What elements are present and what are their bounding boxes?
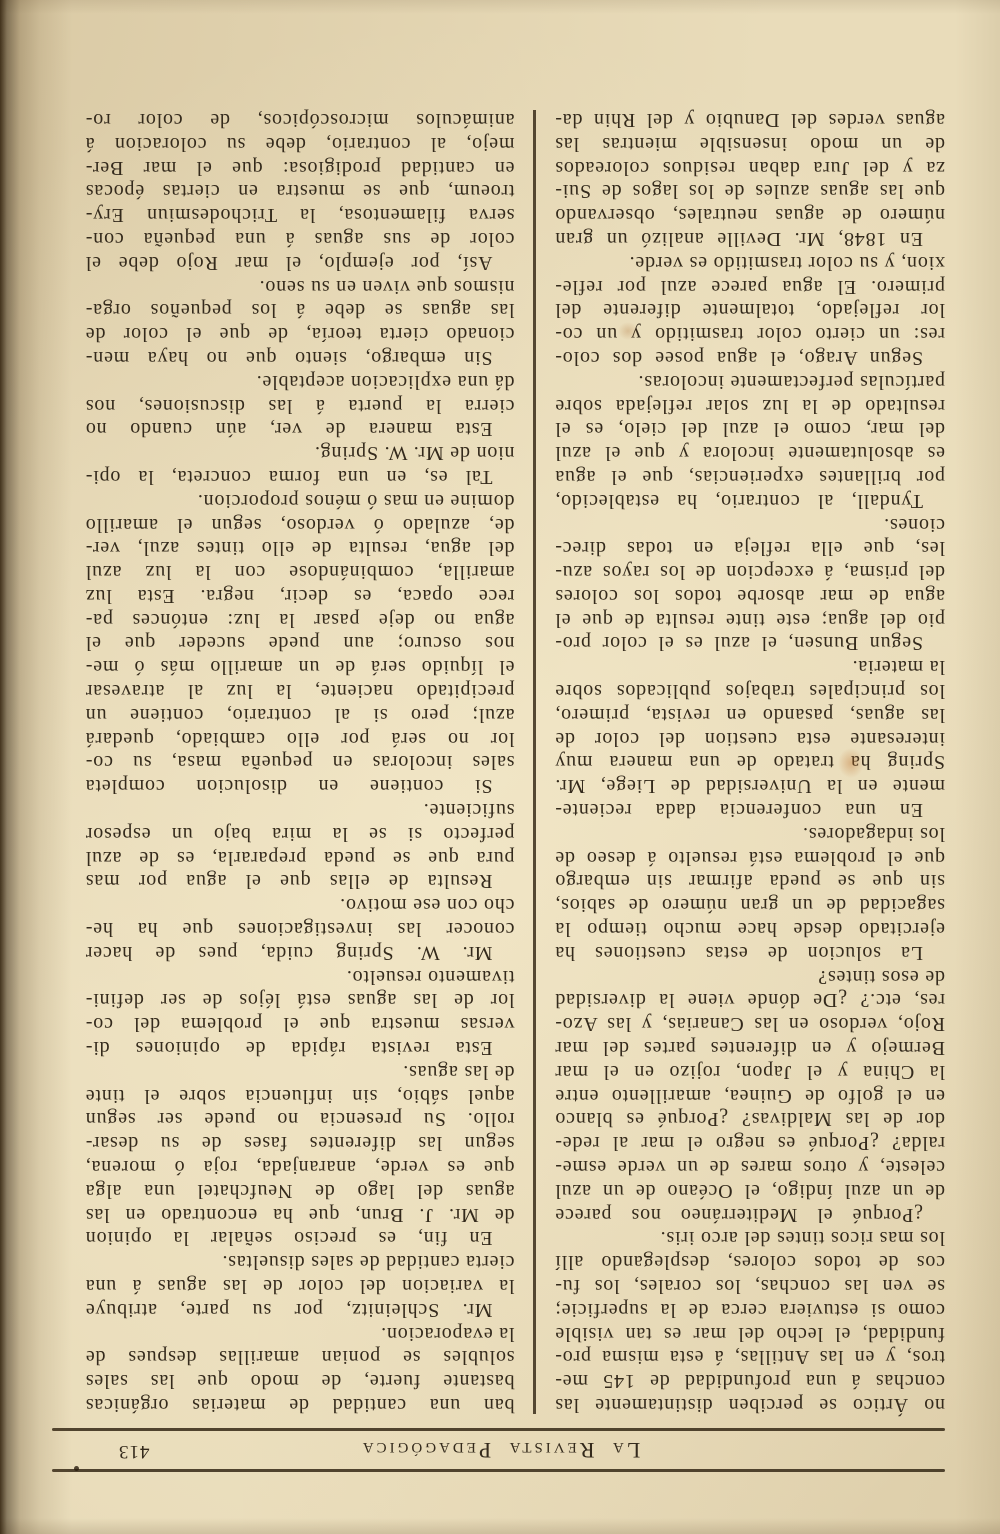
text-line: de las aguas. [85,1059,515,1083]
text-line: precipitado naciente, la luz al atravesa… [85,678,515,702]
text-line: que las aguas azules de los lagos de Sui… [555,179,945,203]
text-line: cionado cierta teoría, de que el color d… [85,321,515,345]
text-line: la materia. [555,655,945,679]
text-line: cierra la puerta á las discusiones, nos [85,393,515,417]
text-line: ¿Porqué el Mediterráneo nos parece [555,1202,945,1226]
text-line: aquel sábio, sin influencia sobre el tin… [85,1083,515,1107]
paragraph: ¿Porqué el Mediterráneo nos parecede un … [555,964,945,1226]
paragraph: Tal es, en una forma concreta, la opi-ni… [85,440,515,488]
text-line: agua no deje pasar la luz: entónces pa- [85,607,515,631]
paragraph: En 1848, Mr. Deville analizó un grannúme… [555,107,945,250]
text-line: de un modo insensible mientras las [555,131,945,155]
text-line: de, azulado ó verdoso, segun el amarillo [85,512,515,536]
text-line: es absolutamente incolora y que el azul [555,440,945,464]
text-line: del prisma, á excepcion de los rayos azu… [555,559,945,583]
text-line: fundidad, el lecho del mar es tan visibl… [555,1321,945,1345]
text-line: que es verde, anaranjada, roja ó morena, [85,1154,515,1178]
text-line: Si contiene en disolucion completa [85,773,515,797]
text-line: interesante esta cuestion del color de [555,726,945,750]
text-line: Tal es, en una forma concreta, la opi- [85,464,515,488]
page-number: 413 [118,1440,150,1462]
text-line: número de aguas neutrales, observando [555,202,945,226]
text-line: pura que se pueda prepararla, es de azul [85,845,515,869]
text-line: sin que se pueda afirmar sin embargo [555,869,945,893]
text-line: tros, y en las Antillas, á esta misma pr… [555,1345,945,1369]
header-rule-top [52,1469,945,1472]
column-divider-rule [534,110,537,1414]
text-line: ciones. [555,512,945,536]
text-line: versas muestra que el problema del co- [85,1011,515,1035]
paragraph: Segun Bunsen, el azul es el color pro-pi… [555,512,945,655]
text-line: las aguas, pasando en revista, primero, [555,702,945,726]
text-line: sagacidad de un gran número de sabios, [555,892,945,916]
text-line: En fin, es preciso señalar la opinion [85,1226,515,1250]
text-line: ban una cantidad de materias orgánicas [85,1392,515,1416]
text-line: sales incoloras en pequeña masa, su co- [85,750,515,774]
text-line: res: un cierto color trasmitido y un co- [555,321,945,345]
text-line: no Ártico se perciben distintamente las [555,1392,945,1416]
text-line: dá una explicacion aceptable. [85,369,515,393]
text-line: serva filamentosa, la Trichodesmiun Ery- [85,202,515,226]
printed-area: La Revista Pedagógica 413 no Ártico se p… [0,106,1000,1534]
paragraph: La solucion de estas cuestiones haejerci… [555,821,945,964]
paragraph: Tyndall, al contrario, ha establecido,po… [555,369,945,512]
text-line: nismos que viven en su seno. [85,274,515,298]
text-line: los principales trabajos publicados sobr… [555,678,945,702]
text-line: del mar, como el azul del cielo, es el [555,417,945,441]
text-line: Mr. W. Spring cuida, pues de hacer [85,940,515,964]
text-line: las aguas se debe á los pequeños orga- [85,298,515,322]
paragraph: Segun Arago, el agua posee dos colo-res:… [555,250,945,369]
text-line: Esta manera de ver, aún cuando no [85,417,515,441]
text-line: del agua, resulta de ello tintes azul, v… [85,536,515,560]
text-line: suficiente. [85,797,515,821]
text-line: color de sus aguas á una pequeña con- [85,226,515,250]
text-line: za y del Jura daban residuos coloreados [555,155,945,179]
text-line: animáculos microscópicos, de color ro- [85,107,515,131]
text-line: xion, y su color trasmitido es verde. [555,250,945,274]
text-line: solubles se ponian amarillas despues de [85,1345,515,1369]
text-line: partículas perfectamente incoloras. [555,369,945,393]
text-line: En una conferencia dada reciente- [555,797,945,821]
text-line: segun las diferentes fases de su desar- [85,1130,515,1154]
text-line: en cantidad prodigiosa: que el mar Ber- [85,155,515,179]
text-line: mente en la Universidad de Liege, Mr. [555,773,945,797]
text-line: Tyndall, al contrario, ha establecido, [555,488,945,512]
column-1: no Ártico se perciben distintamente lasc… [555,106,945,1416]
text-line: cho con ese motivo. [85,892,515,916]
text-line: por brillantes experiencias, que el agua [555,464,945,488]
text-line: les, que ella refleja en todas direc- [555,536,945,560]
text-line: se ven las conchas, los corales, los fu- [555,1273,945,1297]
text-line: nion de Mr. W. Spring. [85,440,515,464]
text-line: aguas verdes del Danubio y del Rhin da- [555,107,945,131]
column-2: ban una cantidad de materias orgánicasba… [85,106,515,1416]
text-line: lor de las aguas está léjos de ser defin… [85,988,515,1012]
scanned-page-screenshot: { "document": { "header": { "title": "La… [0,0,1000,1534]
text-line: nos oscuro; aun puede suceder que el [85,631,515,655]
text-line: ejercitado desde hace mucho tiempo la [555,916,945,940]
text-line: primero. El agua parece azul por refle- [555,274,945,298]
text-line: Rojo, verdoso en las Canarias, y las Azo… [555,1011,945,1035]
paragraph: Así, por ejemplo, el mar Rojo debe elcol… [85,107,515,274]
text-line: la China y el Japon, rojizo en el mar [555,1059,945,1083]
text-line: dor de las Maldivas? ¿Porqué es blanco [555,1107,945,1131]
text-line: pio del agua; este tinte resulta de que … [555,607,945,631]
text-line: amarilla, combinándose con la luz azul [85,559,515,583]
text-line: res, etc.? ¿De dónde viene la diversidad [555,988,945,1012]
text-line: La solucion de estas cuestiones ha [555,940,945,964]
text-line: ralda? ¿Porqué es negro el mar al rede- [555,1130,945,1154]
paragraph: En fin, es preciso señalar la opinionde … [85,1059,515,1249]
paragraph: Mr. W. Spring cuida, pues de hacerconoce… [85,892,515,963]
journal-title: La Revista Pedagógica [360,1437,640,1463]
text-line: tivamento resuelto. [85,964,515,988]
text-line: de Mr. J. Brun, que ha encontrado en las [85,1202,515,1226]
text-line: los indagadores. [555,821,945,845]
paragraph: Esta revista rápida de opiniones di-vers… [85,964,515,1059]
text-line: aguas del lago de Neufchatel una alga [85,1178,515,1202]
paragraph: Sin embargo, siento que no haya men-cion… [85,274,515,369]
text-line: Esta revista rápida de opiniones di- [85,1035,515,1059]
text-line: conocer las investigaciones que ha he- [85,916,515,940]
paragraph: ban una cantidad de materias orgánicasba… [85,1321,515,1416]
text-line: Segun Arago, el agua posee dos colo- [555,345,945,369]
text-line: Mr. Schleinitz, por su parte, atribuye [85,1297,515,1321]
text-line: conchas á una profundidad de 145 me- [555,1368,945,1392]
text-line: cierta cantidad de sales disueltas. [85,1249,515,1273]
text-line: lor no será por ello cambiado, quedará [85,726,515,750]
text-line: Sin embargo, siento que no haya men- [85,345,515,369]
text-line: la variacion del color de las aguas á un… [85,1273,515,1297]
text-line: los mas ricos tintes del arco iris. [555,1226,945,1250]
text-line: celeste, y otros mares de un verde esme- [555,1154,945,1178]
paragraph: Mr. Schleinitz, por su parte, atribuyela… [85,1249,515,1320]
header-rule-bottom [52,1428,945,1431]
text-line: el líquido será de un amarillo más ó me- [85,655,515,679]
text-line: Segun Bunsen, el azul es el color pro- [555,631,945,655]
text-line: la evaporacion. [85,1321,515,1345]
running-head: La Revista Pedagógica 413 [0,1431,1000,1469]
text-line: rollo. Su presencia no puede ser segun [85,1107,515,1131]
text-line: Así, por ejemplo, el mar Rojo debe el [85,250,515,274]
text-line: Spring ha tratado de una manera muy [555,750,945,774]
text-line: bastante fuerte, de modo que las sales [85,1368,515,1392]
paragraph: no Ártico se perciben distintamente lasc… [555,1226,945,1416]
text-line: mejo, al contrario, debe su coloracion á [85,131,515,155]
text-line: resultado de la luz solar reflejada sobr… [555,393,945,417]
text-line: de esos tintes? [555,964,945,988]
book-page: La Revista Pedagógica 413 no Ártico se p… [0,0,1000,1534]
text-line: en el golfo de Guinea, amarillento entre [555,1083,945,1107]
text-line: cos de todos colores, desplegando allí [555,1249,945,1273]
text-line: azul; pero si al contrario, contiene un [85,702,515,726]
text-line: perfecto si se la mira bajo un espesor [85,821,515,845]
text-line: que el problema está resuelto á deseo de [555,845,945,869]
text-line: troeum, que se muestra en ciertas épocas [85,179,515,203]
paragraph: Resulta de ellas que el agua por maspura… [85,797,515,892]
text-line: rece opaca, es decir, negra. Esta luz [85,583,515,607]
text-line: Bermejo y en diferentes partes del mar [555,1035,945,1059]
paragraph: En una conferencia dada reciente-mente e… [555,655,945,822]
text-line: de un azul índigo, el Océano de un azul [555,1178,945,1202]
paragraph: Si contiene en disolucion completasales … [85,488,515,797]
text-line: lor reflejado, totalmente diferente del [555,298,945,322]
paragraph: Esta manera de ver, aún cuando nocierra … [85,369,515,440]
text-line: domine en mas ó ménos proporcion. [85,488,515,512]
text-body: no Ártico se perciben distintamente lasc… [85,106,945,1416]
text-line: En 1848, Mr. Deville analizó un gran [555,226,945,250]
text-line: Resulta de ellas que el agua por mas [85,869,515,893]
text-line: agua de mar absorbe todos los colores [555,583,945,607]
text-line: como si estuviera cerca de la superficie… [555,1297,945,1321]
